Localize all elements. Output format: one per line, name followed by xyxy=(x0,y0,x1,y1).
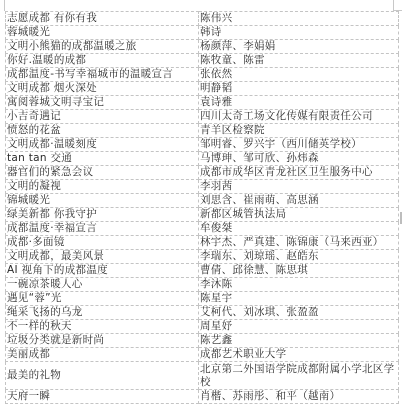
title-cell[interactable]: 天府一瞬 xyxy=(6,390,199,404)
author-cell[interactable]: 四川太奇工场文化传媒有限责任公司 xyxy=(199,110,399,124)
table-row: AI 视角下的成都温度曹倩、邱徐慧、陈思琪 xyxy=(6,264,399,278)
title-cell[interactable]: 文明成都，最美风景 xyxy=(6,250,199,264)
table-row: 蓉城暖光韩诗 xyxy=(6,26,399,40)
title-cell[interactable]: 一碗凉茶暖人心 xyxy=(6,278,199,292)
author-cell[interactable]: 邹明睿、罗兴宇（西川储英学校） xyxy=(199,138,399,152)
table-row: 文明成都·温暖刻度邹明睿、罗兴宇（西川储英学校） xyxy=(6,138,399,152)
author-cell[interactable]: 艾柯代、刘冰琪、张盈盈 xyxy=(199,306,399,320)
table-row: 器官们的紧急会议成都市成华区青龙社区卫生服务中心 xyxy=(6,166,399,180)
table-row: 一碗凉茶暖人心李沐陈 xyxy=(6,278,399,292)
title-cell[interactable]: 成都温度·幸福宣言 xyxy=(6,222,199,236)
author-cell[interactable]: 韩诗 xyxy=(199,26,399,40)
title-cell[interactable]: 寓阅蓉城文明寻宝记 xyxy=(6,96,199,110)
title-cell[interactable]: tan tan 交通 xyxy=(6,152,199,166)
table-row: 美丽成都成都艺术职业大学 xyxy=(6,348,399,362)
author-cell[interactable]: 马博珅、邹可欣、孙炜森 xyxy=(199,152,399,166)
title-cell[interactable]: 愤怒的花盆 xyxy=(6,124,199,138)
table-row: 文明成都 烟火深处明静韬 xyxy=(6,82,399,96)
title-cell[interactable]: 遇见“蓉”光 xyxy=(6,292,199,306)
table-row: 成都·多面镜林宇杰、严真建、陈锦康（马来西亚） xyxy=(6,236,399,250)
table-row: 成都温度-书写幸福城市的温暖宣言张依然 xyxy=(6,68,399,82)
author-cell[interactable]: 杨颜萍、李娟娟 xyxy=(199,40,399,54)
author-cell[interactable]: 陈星宇 xyxy=(199,292,399,306)
title-cell[interactable]: 最美的礼物 xyxy=(6,362,199,390)
title-cell[interactable]: 文明成都 烟火深处 xyxy=(6,82,199,96)
table-row: 遇见“蓉”光陈星宇 xyxy=(6,292,399,306)
table-row: 愤怒的花盆青羊区检察院 xyxy=(6,124,399,138)
author-cell[interactable]: 牟俊桀 xyxy=(199,222,399,236)
author-cell[interactable]: 北京第二外国语学院成都附属小学北区学校 xyxy=(199,362,399,390)
table-row: 你好.温暖的成都陈牧童、陈雷 xyxy=(6,54,399,68)
table-row: 志愿成都 有你有我陈伟兴 xyxy=(6,12,399,26)
author-cell[interactable]: 张依然 xyxy=(199,68,399,82)
table-row: 绳采飞扬的乌龙艾柯代、刘冰琪、张盈盈 xyxy=(6,306,399,320)
table-row: 寓阅蓉城文明寻宝记袁诗雅 xyxy=(6,96,399,110)
author-cell[interactable]: 陈艺鑫 xyxy=(199,334,399,348)
author-cell[interactable]: 明静韬 xyxy=(199,82,399,96)
author-cell[interactable]: 成都市成华区青龙社区卫生服务中心 xyxy=(199,166,399,180)
title-cell[interactable]: 志愿成都 有你有我 xyxy=(6,12,199,26)
author-cell[interactable]: 李沐陈 xyxy=(199,278,399,292)
table-row: 成都温度·幸福宣言牟俊桀 xyxy=(6,222,399,236)
title-cell[interactable]: 不一样的秋天 xyxy=(6,320,199,334)
title-cell[interactable]: 小吉奇遇记 xyxy=(6,110,199,124)
title-cell[interactable]: 器官们的紧急会议 xyxy=(6,166,199,180)
author-cell[interactable]: 陈伟兴 xyxy=(199,12,399,26)
title-cell[interactable]: 美丽成都 xyxy=(6,348,199,362)
author-cell[interactable]: 刘思含、崔雨萌、高思涵 xyxy=(199,194,399,208)
author-cell[interactable]: 陈牧童、陈雷 xyxy=(199,54,399,68)
table-body: 志愿成都 有你有我陈伟兴 蓉城暖光韩诗 文明小熊猫的成都温暖之旅杨颜萍、李娟娟 … xyxy=(6,12,399,404)
table-row: 文明成都，最美风景李瑞东、刘琼瑶、赵皓东 xyxy=(6,250,399,264)
title-cell[interactable]: 绿美新都 你我守护 xyxy=(6,208,199,222)
author-cell[interactable]: 青羊区检察院 xyxy=(199,124,399,138)
table-row: 天府一瞬肖楷、苏雨彤、和平（越南） xyxy=(6,390,399,404)
page-corner-mark xyxy=(4,0,5,11)
title-cell[interactable]: 蓉城暖光 xyxy=(6,26,199,40)
table-row: 文明小熊猫的成都温暖之旅杨颜萍、李娟娟 xyxy=(6,40,399,54)
author-cell[interactable]: 李瑞东、刘琼瑶、赵皓东 xyxy=(199,250,399,264)
table-row: 文明的凝视李羽茜 xyxy=(6,180,399,194)
author-cell[interactable]: 林宇杰、严真建、陈锦康（马来西亚） xyxy=(199,236,399,250)
document-page: 志愿成都 有你有我陈伟兴 蓉城暖光韩诗 文明小熊猫的成都温暖之旅杨颜萍、李娟娟 … xyxy=(0,0,402,420)
author-cell[interactable]: 成都艺术职业大学 xyxy=(199,348,399,362)
table-row: tan tan 交通马博珅、邹可欣、孙炜森 xyxy=(6,152,399,166)
title-cell[interactable]: 绳采飞扬的乌龙 xyxy=(6,306,199,320)
title-cell[interactable]: 垃圾分类就是新时尚 xyxy=(6,334,199,348)
author-cell[interactable]: 李羽茜 xyxy=(199,180,399,194)
title-cell[interactable]: 你好.温暖的成都 xyxy=(6,54,199,68)
author-cell[interactable]: 袁诗雅 xyxy=(199,96,399,110)
table-row: 垃圾分类就是新时尚陈艺鑫 xyxy=(6,334,399,348)
title-cell[interactable]: 文明小熊猫的成都温暖之旅 xyxy=(6,40,199,54)
author-cell[interactable]: 曹倩、邱徐慧、陈思琪 xyxy=(199,264,399,278)
title-cell[interactable]: 文明成都·温暖刻度 xyxy=(6,138,199,152)
works-table: 志愿成都 有你有我陈伟兴 蓉城暖光韩诗 文明小熊猫的成都温暖之旅杨颜萍、李娟娟 … xyxy=(5,11,399,404)
title-cell[interactable]: AI 视角下的成都温度 xyxy=(6,264,199,278)
title-cell[interactable]: 文明的凝视 xyxy=(6,180,199,194)
table-row: 不一样的秋天周星妤 xyxy=(6,320,399,334)
table-row: 绿美新都 你我守护新都区城管执法局 xyxy=(6,208,399,222)
table-row: 最美的礼物北京第二外国语学院成都附属小学北区学校 xyxy=(6,362,399,390)
author-cell[interactable]: 肖楷、苏雨彤、和平（越南） xyxy=(199,390,399,404)
table-row: 锦城暖光刘思含、崔雨萌、高思涵 xyxy=(6,194,399,208)
title-cell[interactable]: 成都温度-书写幸福城市的温暖宣言 xyxy=(6,68,199,82)
author-cell[interactable]: 周星妤 xyxy=(199,320,399,334)
title-cell[interactable]: 成都·多面镜 xyxy=(6,236,199,250)
author-cell[interactable]: 新都区城管执法局 xyxy=(199,208,399,222)
title-cell[interactable]: 锦城暖光 xyxy=(6,194,199,208)
table-row: 小吉奇遇记四川太奇工场文化传媒有限责任公司 xyxy=(6,110,399,124)
